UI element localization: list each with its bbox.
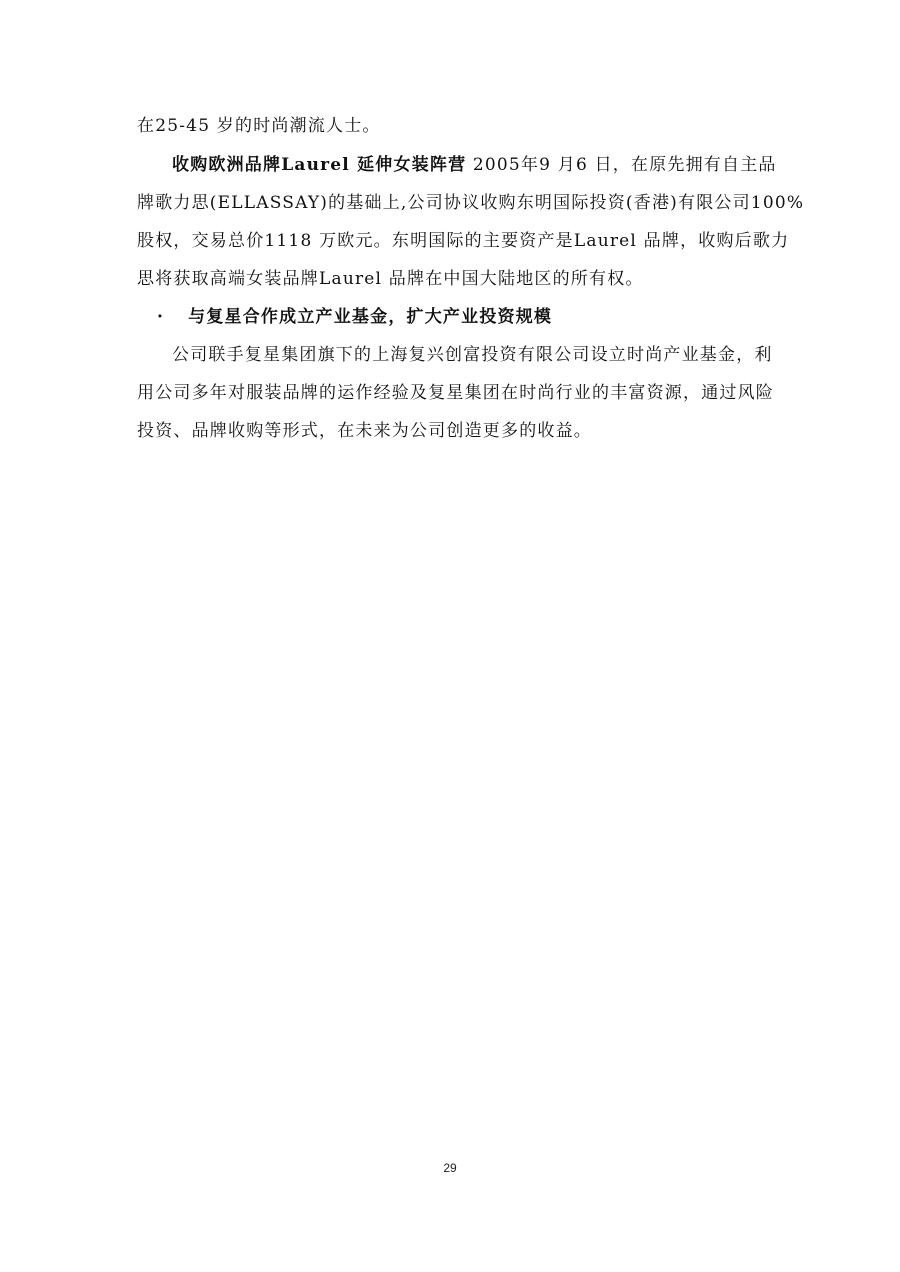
line-text: 在25-45 岁的时尚潮流人士。: [137, 116, 381, 136]
line-text: 牌歌力思(ELLASSAY)的基础上,公司协议收购东明国际投资(香港)有限公司1…: [137, 193, 804, 213]
line-text: 2005年9 月6 日，在原先拥有自主品: [466, 155, 776, 175]
line-text: 投资、品牌收购等形式，在未来为公司创造更多的收益。: [137, 421, 592, 441]
paragraph-line: 用公司多年对服装品牌的运作经验及复星集团在时尚行业的丰富资源，通过风险: [137, 381, 774, 405]
paragraph-line: 思将获取高端女装品牌Laurel 品牌在中国大陆地区的所有权。: [137, 267, 644, 291]
bullet-icon: ·: [157, 307, 164, 327]
line-text: 公司联手复星集团旗下的上海复兴创富投资有限公司设立时尚产业基金，利: [172, 345, 773, 365]
line-text: 用公司多年对服装品牌的运作经验及复星集团在时尚行业的丰富资源，通过风险: [137, 383, 774, 403]
paragraph-line: 公司联手复星集团旗下的上海复兴创富投资有限公司设立时尚产业基金，利: [172, 343, 773, 367]
line-text: 股权，交易总价1118 万欧元。东明国际的主要资产是Laurel 品牌，收购后歌…: [137, 231, 789, 251]
line-text: 思将获取高端女装品牌Laurel 品牌在中国大陆地区的所有权。: [137, 269, 644, 289]
paragraph-line: 在25-45 岁的时尚潮流人士。: [137, 114, 381, 138]
paragraph-line: 股权，交易总价1118 万欧元。东明国际的主要资产是Laurel 品牌，收购后歌…: [137, 229, 789, 253]
paragraph-line: 牌歌力思(ELLASSAY)的基础上,公司协议收购东明国际投资(香港)有限公司1…: [137, 191, 804, 215]
paragraph-heading-line: 收购欧洲品牌Laurel 延伸女装阵营 2005年9 月6 日，在原先拥有自主品: [172, 153, 777, 177]
inline-heading: 收购欧洲品牌Laurel 延伸女装阵营: [172, 155, 466, 175]
page-number: 29: [0, 1161, 900, 1175]
section-heading: ·与复星合作成立产业基金，扩大产业投资规模: [157, 305, 552, 329]
paragraph-line: 投资、品牌收购等形式，在未来为公司创造更多的收益。: [137, 419, 592, 443]
section-heading-text: 与复星合作成立产业基金，扩大产业投资规模: [188, 307, 552, 327]
